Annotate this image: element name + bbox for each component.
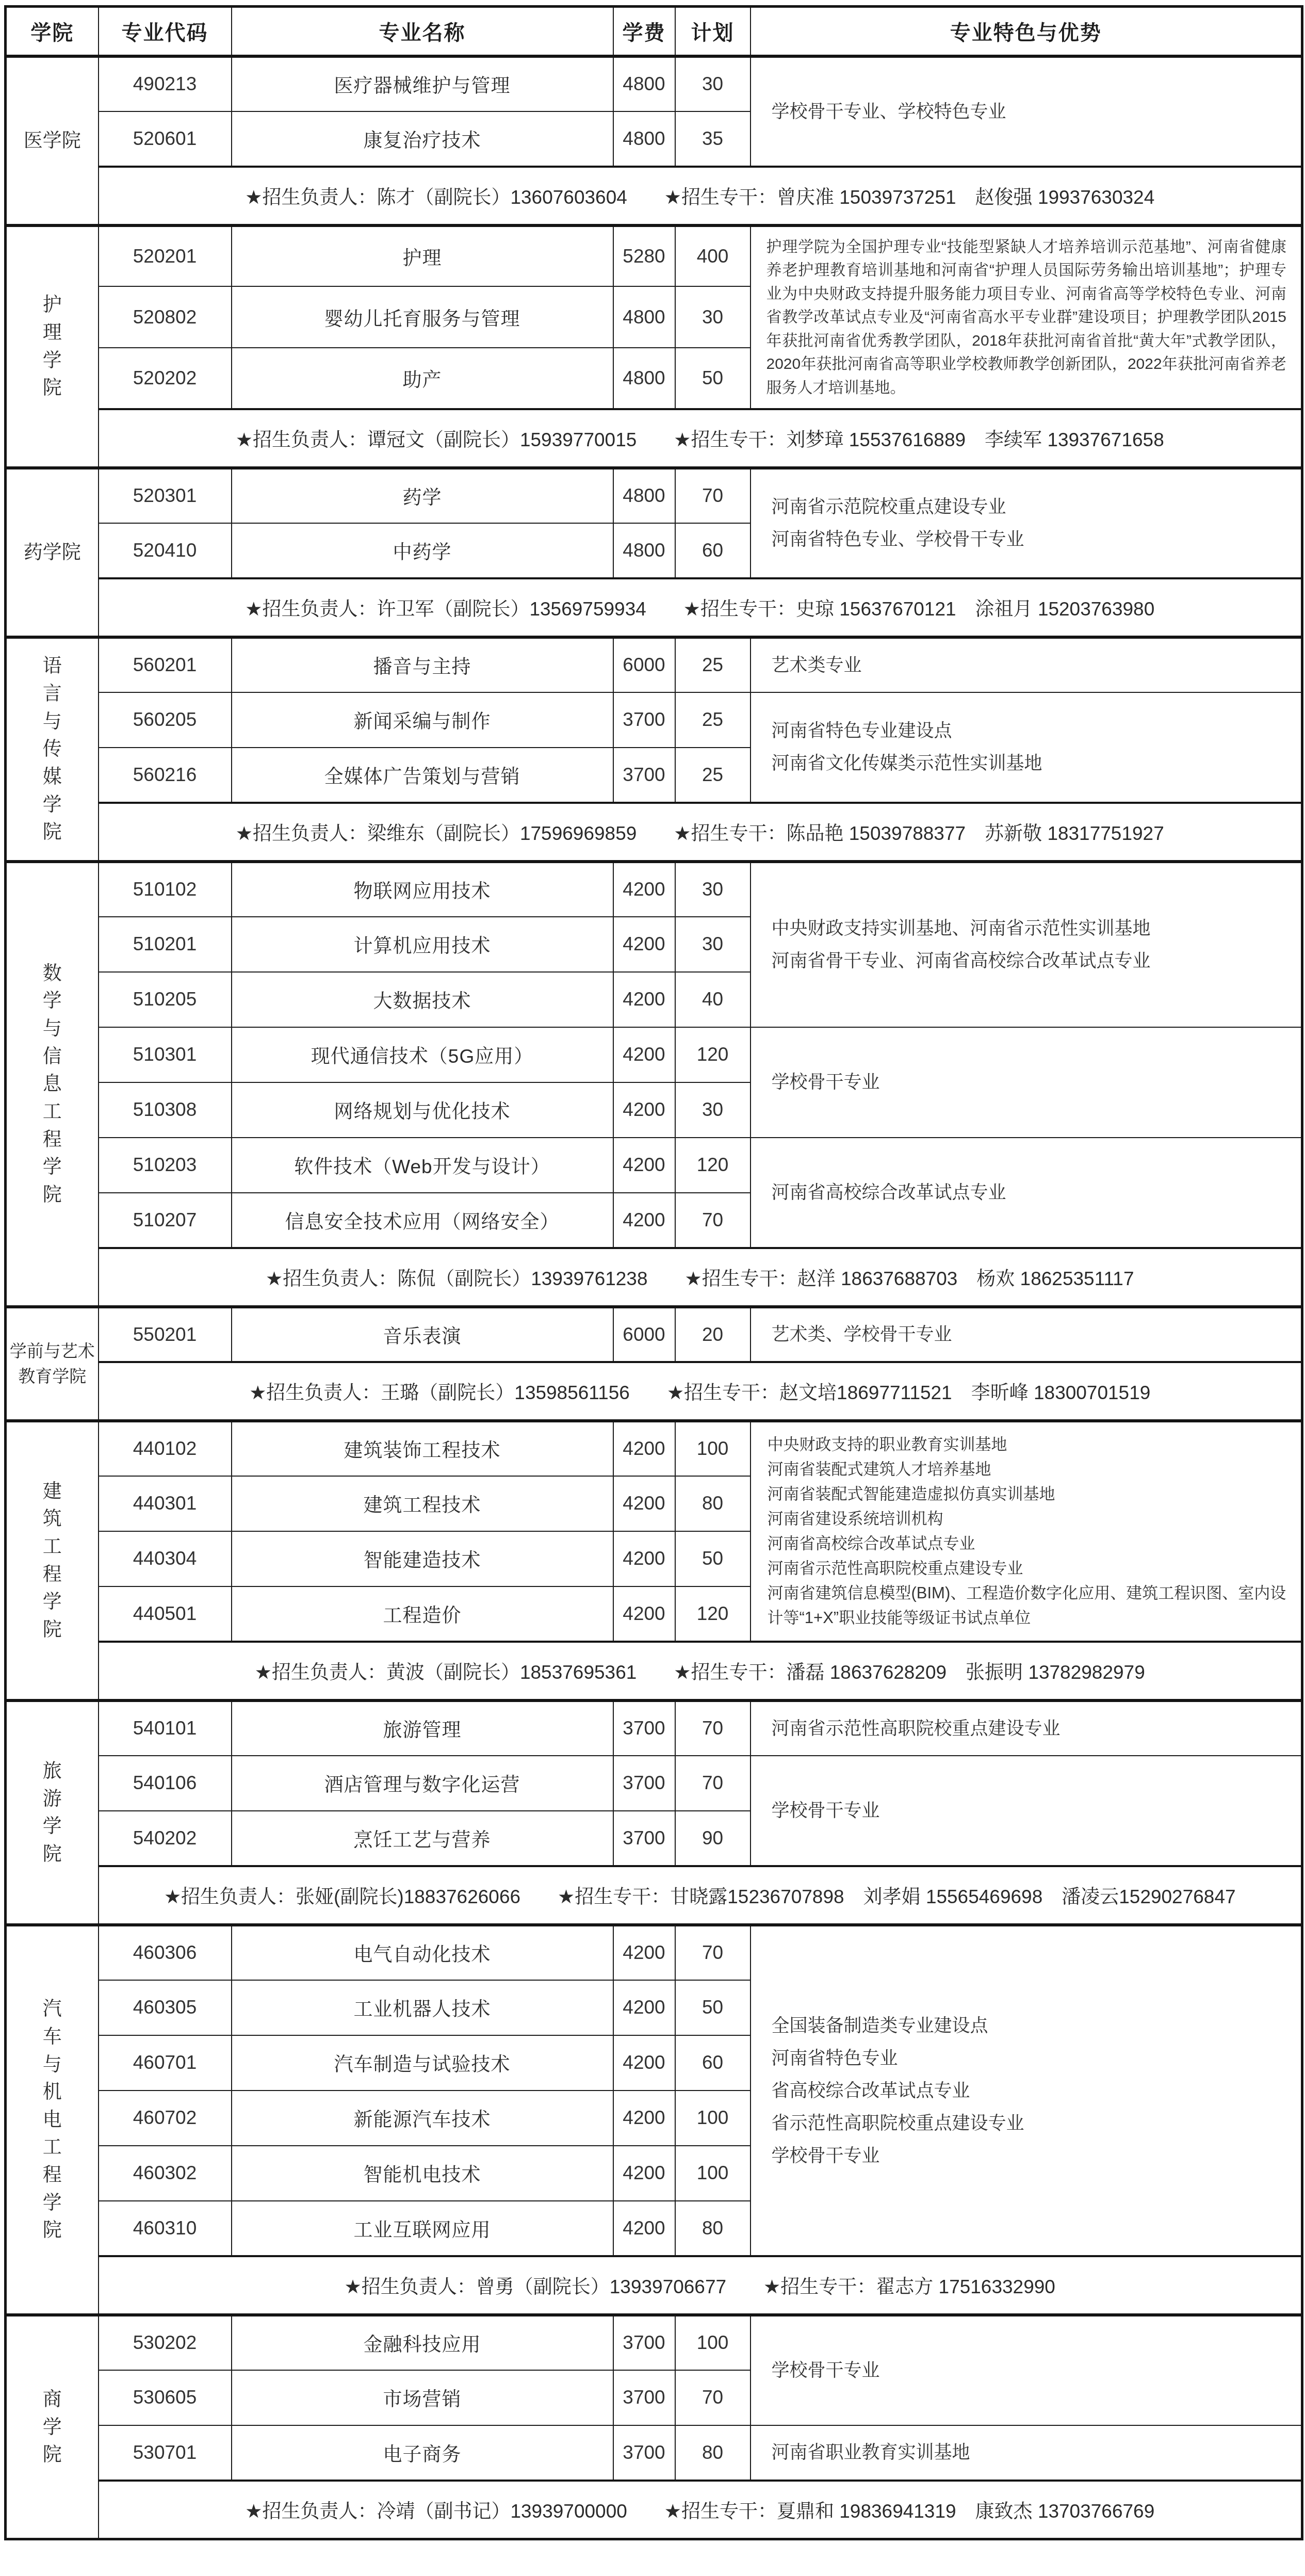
cell-code: 510205 bbox=[99, 972, 232, 1027]
column-header-2: 专业名称 bbox=[232, 7, 613, 56]
contact-officer: ★招生专干：赵文培18697711521 李昕峰 18300701519 bbox=[667, 1377, 1150, 1405]
feature-line: 河南省特色专业、学校骨干专业 bbox=[772, 523, 1289, 556]
feature-cell: 中央财政支持的职业教育实训基地河南省装配式建筑人才培养基地河南省装配式智能建造虚… bbox=[751, 1421, 1302, 1642]
cell-code: 460305 bbox=[99, 1980, 232, 2035]
cell-code: 560216 bbox=[99, 748, 232, 803]
cell-major: 建筑装饰工程技术 bbox=[232, 1421, 613, 1476]
contact-officer: ★招生专干：曾庆准 15039737251 赵俊强 19937630324 bbox=[664, 182, 1154, 209]
cell-code: 510308 bbox=[99, 1082, 232, 1138]
contact-cell: ★招生负责人：谭冠文（副院长）15939770015★招生专干：刘梦璋 1553… bbox=[99, 409, 1302, 468]
cell-major: 电气自动化技术 bbox=[232, 1925, 613, 1980]
contact-cell: ★招生负责人：陈侃（副院长）13939761238★招生专干：赵洋 186376… bbox=[99, 1248, 1302, 1307]
college-label: 商学院 bbox=[6, 2315, 99, 2539]
feature-line: 河南省骨干专业、河南省高校综合改革试点专业 bbox=[772, 945, 1289, 977]
cell-code: 540106 bbox=[99, 1756, 232, 1811]
cell-major: 音乐表演 bbox=[232, 1307, 613, 1362]
contact-line: ★招生负责人：陈才（副院长）13607603604★招生专干：曾庆准 15039… bbox=[100, 182, 1301, 209]
contact-cell: ★招生负责人：曾勇（副院长）13939706677★招生专干：翟志方 17516… bbox=[99, 2256, 1302, 2315]
cell-fee: 4800 bbox=[613, 468, 675, 523]
cell-major: 软件技术（Web开发与设计） bbox=[232, 1138, 613, 1193]
contact-row: ★招生负责人：曾勇（副院长）13939706677★招生专干：翟志方 17516… bbox=[6, 2256, 1302, 2315]
college-label: 药学院 bbox=[6, 468, 99, 637]
feature-line: 河南省文化传媒类示范性实训基地 bbox=[772, 747, 1289, 780]
contact-leader: ★招生负责人：陈侃（副院长）13939761238 bbox=[266, 1263, 648, 1291]
cell-fee: 4200 bbox=[613, 1925, 675, 1980]
cell-major: 建筑工程技术 bbox=[232, 1476, 613, 1531]
admissions-table: 学院专业代码专业名称学费计划专业特色与优势医学院490213医疗器械维护与管理4… bbox=[0, 0, 1305, 2546]
cell-plan: 400 bbox=[675, 225, 751, 287]
contact-leader: ★招生负责人：黄波（副院长）18537695361 bbox=[255, 1657, 637, 1684]
cell-plan: 60 bbox=[675, 523, 751, 578]
feature-line: 河南省装配式建筑人才培养基地 bbox=[768, 1457, 1289, 1482]
feature-line: 河南省建设系统培训机构 bbox=[768, 1506, 1289, 1531]
column-header-0: 学院 bbox=[6, 7, 99, 56]
table-row: 汽车与机电工程学院460306电气自动化技术420070全国装备制造类专业建设点… bbox=[6, 1925, 1302, 1980]
cell-fee: 3700 bbox=[613, 2315, 675, 2370]
cell-plan: 100 bbox=[675, 1421, 751, 1476]
column-header-5: 专业特色与优势 bbox=[751, 7, 1302, 56]
contact-cell: ★招生负责人：黄波（副院长）18537695361★招生专干：潘磊 186376… bbox=[99, 1642, 1302, 1700]
college-label: 医学院 bbox=[6, 56, 99, 225]
cell-code: 520201 bbox=[99, 225, 232, 287]
cell-major: 智能机电技术 bbox=[232, 2146, 613, 2201]
feature-cell: 河南省示范性高职院校重点建设专业 bbox=[751, 1700, 1302, 1756]
cell-fee: 4800 bbox=[613, 56, 675, 111]
feature-line: 全国装备制造类专业建设点 bbox=[772, 2010, 1289, 2042]
feature-line: 河南省示范性高职院校重点建设专业 bbox=[772, 1712, 1289, 1745]
feature-line: 河南省特色专业 bbox=[772, 2042, 1289, 2075]
feature-cell: 全国装备制造类专业建设点河南省特色专业省高校综合改革试点专业省示范性高职院校重点… bbox=[751, 1925, 1302, 2256]
cell-major: 中药学 bbox=[232, 523, 613, 578]
cell-plan: 90 bbox=[675, 1811, 751, 1866]
cell-code: 510207 bbox=[99, 1193, 232, 1248]
table-row: 数学与信息工程学院510102物联网应用技术420030中央财政支持实训基地、河… bbox=[6, 862, 1302, 917]
cell-major: 智能建造技术 bbox=[232, 1531, 613, 1586]
cell-code: 520802 bbox=[99, 286, 232, 348]
cell-plan: 20 bbox=[675, 1307, 751, 1362]
cell-code: 540101 bbox=[99, 1700, 232, 1756]
table-row: 建筑工程学院440102建筑装饰工程技术4200100中央财政支持的职业教育实训… bbox=[6, 1421, 1302, 1476]
cell-major: 旅游管理 bbox=[232, 1700, 613, 1756]
cell-plan: 70 bbox=[675, 2370, 751, 2425]
college-label: 旅游学院 bbox=[6, 1700, 99, 1925]
cell-major: 护理 bbox=[232, 225, 613, 287]
contact-cell: ★招生负责人：张娅(副院长)18837626066★招生专干：甘晓露152367… bbox=[99, 1866, 1302, 1925]
cell-fee: 4200 bbox=[613, 1476, 675, 1531]
majors-table: 学院专业代码专业名称学费计划专业特色与优势医学院490213医疗器械维护与管理4… bbox=[4, 5, 1303, 2540]
cell-fee: 3700 bbox=[613, 2370, 675, 2425]
contact-row: ★招生负责人：许卫军（副院长）13569759934★招生专干：史琼 15637… bbox=[6, 578, 1302, 637]
cell-code: 560205 bbox=[99, 692, 232, 748]
cell-major: 工业机器人技术 bbox=[232, 1980, 613, 2035]
cell-plan: 120 bbox=[675, 1586, 751, 1642]
feature-line: 河南省职业教育实训基地 bbox=[772, 2436, 1289, 2469]
cell-code: 510301 bbox=[99, 1027, 232, 1082]
contact-officer: ★招生专干：赵洋 18637688703 杨欢 18625351117 bbox=[685, 1263, 1134, 1291]
feature-line: 中央财政支持实训基地、河南省示范性实训基地 bbox=[772, 912, 1289, 945]
cell-fee: 3700 bbox=[613, 1700, 675, 1756]
feature-line: 学校骨干专业 bbox=[772, 2354, 1289, 2387]
cell-major: 计算机应用技术 bbox=[232, 917, 613, 972]
cell-plan: 40 bbox=[675, 972, 751, 1027]
college-label: 汽车与机电工程学院 bbox=[6, 1925, 99, 2315]
feature-line: 学校骨干专业 bbox=[772, 1066, 1289, 1098]
feature-line: 艺术类、学校骨干专业 bbox=[772, 1318, 1289, 1351]
feature-cell: 护理学院为全国护理专业“技能型紧缺人才培养培训示范基地”、河南省健康养老护理教育… bbox=[751, 225, 1302, 409]
cell-major: 助产 bbox=[232, 348, 613, 409]
table-row: 药学院520301药学480070河南省示范院校重点建设专业河南省特色专业、学校… bbox=[6, 468, 1302, 523]
cell-major: 网络规划与优化技术 bbox=[232, 1082, 613, 1138]
cell-plan: 50 bbox=[675, 348, 751, 409]
cell-code: 520410 bbox=[99, 523, 232, 578]
table-row: 医学院490213医疗器械维护与管理480030学校骨干专业、学校特色专业 bbox=[6, 56, 1302, 111]
cell-plan: 80 bbox=[675, 1476, 751, 1531]
feature-line: 艺术类专业 bbox=[772, 649, 1289, 682]
cell-code: 440102 bbox=[99, 1421, 232, 1476]
contact-officer: ★招生专干：夏鼎和 19836941319 康致杰 13703766769 bbox=[664, 2496, 1154, 2523]
cell-plan: 30 bbox=[675, 1082, 751, 1138]
cell-major: 物联网应用技术 bbox=[232, 862, 613, 917]
contact-cell: ★招生负责人：王璐（副院长）13598561156★招生专干：赵文培186977… bbox=[99, 1362, 1302, 1421]
feature-line: 河南省特色专业建设点 bbox=[772, 715, 1289, 747]
cell-fee: 6000 bbox=[613, 1307, 675, 1362]
contact-leader: ★招生负责人：梁维东（副院长）17596969859 bbox=[236, 818, 637, 846]
table-row: 530701电子商务370080河南省职业教育实训基地 bbox=[6, 2425, 1302, 2481]
cell-code: 440501 bbox=[99, 1586, 232, 1642]
contact-row: ★招生负责人：黄波（副院长）18537695361★招生专干：潘磊 186376… bbox=[6, 1642, 1302, 1700]
contact-leader: ★招生负责人：许卫军（副院长）13569759934 bbox=[245, 593, 646, 621]
cell-plan: 25 bbox=[675, 748, 751, 803]
cell-plan: 30 bbox=[675, 286, 751, 348]
contact-leader: ★招生负责人：陈才（副院长）13607603604 bbox=[245, 182, 627, 209]
cell-fee: 4200 bbox=[613, 1531, 675, 1586]
feature-line: 河南省建筑信息模型(BIM)、工程造价数字化应用、建筑工程识图、室内设计等“1+… bbox=[768, 1581, 1289, 1630]
cell-plan: 80 bbox=[675, 2201, 751, 2256]
feature-cell: 河南省职业教育实训基地 bbox=[751, 2425, 1302, 2481]
feature-line: 河南省示范院校重点建设专业 bbox=[772, 491, 1289, 523]
cell-code: 510102 bbox=[99, 862, 232, 917]
contact-line: ★招生负责人：张娅(副院长)18837626066★招生专干：甘晓露152367… bbox=[100, 1881, 1301, 1909]
contact-leader: ★招生负责人：谭冠文（副院长）15939770015 bbox=[236, 424, 637, 452]
feature-line: 中央财政支持的职业教育实训基地 bbox=[768, 1432, 1289, 1457]
contact-line: ★招生负责人：谭冠文（副院长）15939770015★招生专干：刘梦璋 1553… bbox=[100, 424, 1301, 452]
feature-cell: 河南省特色专业建设点河南省文化传媒类示范性实训基地 bbox=[751, 692, 1302, 803]
cell-code: 540202 bbox=[99, 1811, 232, 1866]
cell-code: 560201 bbox=[99, 637, 232, 692]
cell-code: 440301 bbox=[99, 1476, 232, 1531]
cell-fee: 4800 bbox=[613, 286, 675, 348]
cell-major: 新能源汽车技术 bbox=[232, 2091, 613, 2146]
cell-code: 550201 bbox=[99, 1307, 232, 1362]
feature-line: 河南省示范性高职院校重点建设专业 bbox=[768, 1556, 1289, 1581]
table-body: 学院专业代码专业名称学费计划专业特色与优势医学院490213医疗器械维护与管理4… bbox=[6, 7, 1302, 2539]
feature-cell: 学校骨干专业 bbox=[751, 2315, 1302, 2425]
cell-major: 工业互联网应用 bbox=[232, 2201, 613, 2256]
cell-fee: 6000 bbox=[613, 637, 675, 692]
feature-cell: 中央财政支持实训基地、河南省示范性实训基地河南省骨干专业、河南省高校综合改革试点… bbox=[751, 862, 1302, 1027]
contact-line: ★招生负责人：黄波（副院长）18537695361★招生专干：潘磊 186376… bbox=[100, 1657, 1301, 1684]
cell-major: 婴幼儿托育服务与管理 bbox=[232, 286, 613, 348]
cell-plan: 60 bbox=[675, 2035, 751, 2091]
cell-code: 530605 bbox=[99, 2370, 232, 2425]
cell-fee: 3700 bbox=[613, 748, 675, 803]
contact-officer: ★招生专干：潘磊 18637628209 张振明 13782982979 bbox=[674, 1657, 1145, 1684]
cell-plan: 30 bbox=[675, 917, 751, 972]
cell-fee: 4800 bbox=[613, 111, 675, 167]
feature-cell: 学校骨干专业 bbox=[751, 1756, 1302, 1866]
feature-line: 护理学院为全国护理专业“技能型紧缺人才培养培训示范基地”、河南省健康养老护理教育… bbox=[766, 235, 1287, 400]
feature-line: 河南省装配式智能建造虚拟仿真实训基地 bbox=[768, 1482, 1289, 1506]
cell-code: 510203 bbox=[99, 1138, 232, 1193]
cell-fee: 3700 bbox=[613, 1756, 675, 1811]
cell-fee: 4200 bbox=[613, 2201, 675, 2256]
cell-code: 460306 bbox=[99, 1925, 232, 1980]
contact-leader: ★招生负责人：王璐（副院长）13598561156 bbox=[249, 1377, 630, 1405]
feature-line: 省高校综合改革试点专业 bbox=[772, 2075, 1289, 2107]
cell-code: 520601 bbox=[99, 111, 232, 167]
cell-code: 440304 bbox=[99, 1531, 232, 1586]
cell-code: 530701 bbox=[99, 2425, 232, 2481]
cell-major: 信息安全技术应用（网络安全） bbox=[232, 1193, 613, 1248]
cell-plan: 100 bbox=[675, 2091, 751, 2146]
feature-cell: 学校骨干专业、学校特色专业 bbox=[751, 56, 1302, 167]
cell-plan: 50 bbox=[675, 1531, 751, 1586]
cell-plan: 25 bbox=[675, 637, 751, 692]
feature-cell: 河南省示范院校重点建设专业河南省特色专业、学校骨干专业 bbox=[751, 468, 1302, 578]
contact-line: ★招生负责人：陈侃（副院长）13939761238★招生专干：赵洋 186376… bbox=[100, 1263, 1301, 1291]
cell-major: 大数据技术 bbox=[232, 972, 613, 1027]
feature-line: 省示范性高职院校重点建设专业 bbox=[772, 2107, 1289, 2140]
cell-major: 工程造价 bbox=[232, 1586, 613, 1642]
cell-plan: 80 bbox=[675, 2425, 751, 2481]
cell-major: 汽车制造与试验技术 bbox=[232, 2035, 613, 2091]
contact-cell: ★招生负责人：陈才（副院长）13607603604★招生专干：曾庆准 15039… bbox=[99, 167, 1302, 225]
feature-cell: 艺术类、学校骨干专业 bbox=[751, 1307, 1302, 1362]
cell-major: 电子商务 bbox=[232, 2425, 613, 2481]
cell-fee: 4200 bbox=[613, 1980, 675, 2035]
cell-code: 510201 bbox=[99, 917, 232, 972]
cell-fee: 4200 bbox=[613, 862, 675, 917]
cell-plan: 35 bbox=[675, 111, 751, 167]
cell-major: 播音与主持 bbox=[232, 637, 613, 692]
cell-major: 医疗器械维护与管理 bbox=[232, 56, 613, 111]
contact-row: ★招生负责人：陈才（副院长）13607603604★招生专干：曾庆准 15039… bbox=[6, 167, 1302, 225]
contact-officer: ★招生专干：史琼 15637670121 涂祖月 15203763980 bbox=[683, 593, 1154, 621]
cell-fee: 4200 bbox=[613, 1027, 675, 1082]
cell-fee: 4800 bbox=[613, 523, 675, 578]
cell-plan: 25 bbox=[675, 692, 751, 748]
feature-line: 河南省高校综合改革试点专业 bbox=[768, 1531, 1289, 1556]
feature-cell: 艺术类专业 bbox=[751, 637, 1302, 692]
header-row: 学院专业代码专业名称学费计划专业特色与优势 bbox=[6, 7, 1302, 56]
column-header-4: 计划 bbox=[675, 7, 751, 56]
contact-officer: ★招生专干：甘晓露15236707898 刘孝娟 15565469698 潘凌云… bbox=[558, 1881, 1236, 1909]
cell-fee: 4200 bbox=[613, 2035, 675, 2091]
cell-code: 460702 bbox=[99, 2091, 232, 2146]
cell-fee: 4200 bbox=[613, 1138, 675, 1193]
cell-code: 530202 bbox=[99, 2315, 232, 2370]
college-label: 护理学院 bbox=[6, 225, 99, 468]
college-label: 数学与信息工程学院 bbox=[6, 862, 99, 1307]
cell-code: 520301 bbox=[99, 468, 232, 523]
contact-leader: ★招生负责人：张娅(副院长)18837626066 bbox=[164, 1881, 520, 1909]
contact-leader: ★招生负责人：曾勇（副院长）13939706677 bbox=[345, 2271, 727, 2299]
cell-plan: 100 bbox=[675, 2146, 751, 2201]
cell-fee: 4200 bbox=[613, 917, 675, 972]
cell-fee: 4800 bbox=[613, 348, 675, 409]
contact-line: ★招生负责人：梁维东（副院长）17596969859★招生专干：陈品艳 1503… bbox=[100, 818, 1301, 846]
contact-cell: ★招生负责人：冷靖（副书记）13939700000★招生专干：夏鼎和 19836… bbox=[99, 2481, 1302, 2539]
contact-line: ★招生负责人：许卫军（副院长）13569759934★招生专干：史琼 15637… bbox=[100, 593, 1301, 621]
cell-fee: 4200 bbox=[613, 1082, 675, 1138]
table-row: 语言与传媒学院560201播音与主持600025艺术类专业 bbox=[6, 637, 1302, 692]
cell-plan: 120 bbox=[675, 1138, 751, 1193]
contact-officer: ★招生专干：刘梦璋 15537616889 李续军 13937671658 bbox=[674, 424, 1164, 452]
cell-major: 康复治疗技术 bbox=[232, 111, 613, 167]
contact-officer: ★招生专干：陈品艳 15039788377 苏新敬 18317751927 bbox=[674, 818, 1164, 846]
cell-major: 金融科技应用 bbox=[232, 2315, 613, 2370]
table-row: 旅游学院540101旅游管理370070河南省示范性高职院校重点建设专业 bbox=[6, 1700, 1302, 1756]
cell-plan: 30 bbox=[675, 862, 751, 917]
table-row: 560205新闻采编与制作370025河南省特色专业建设点河南省文化传媒类示范性… bbox=[6, 692, 1302, 748]
college-label: 语言与传媒学院 bbox=[6, 637, 99, 862]
contact-cell: ★招生负责人：梁维东（副院长）17596969859★招生专干：陈品艳 1503… bbox=[99, 803, 1302, 862]
contact-row: ★招生负责人：张娅(副院长)18837626066★招生专干：甘晓露152367… bbox=[6, 1866, 1302, 1925]
contact-row: ★招生负责人：冷靖（副书记）13939700000★招生专干：夏鼎和 19836… bbox=[6, 2481, 1302, 2539]
cell-plan: 100 bbox=[675, 2315, 751, 2370]
cell-major: 烹饪工艺与营养 bbox=[232, 1811, 613, 1866]
contact-line: ★招生负责人：冷靖（副书记）13939700000★招生专干：夏鼎和 19836… bbox=[100, 2496, 1301, 2523]
cell-fee: 3700 bbox=[613, 2425, 675, 2481]
contact-row: ★招生负责人：梁维东（副院长）17596969859★招生专干：陈品艳 1503… bbox=[6, 803, 1302, 862]
cell-fee: 4200 bbox=[613, 2091, 675, 2146]
contact-line: ★招生负责人：曾勇（副院长）13939706677★招生专干：翟志方 17516… bbox=[100, 2271, 1301, 2299]
cell-fee: 5280 bbox=[613, 225, 675, 287]
feature-line: 河南省高校综合改革试点专业 bbox=[772, 1176, 1289, 1209]
table-row: 护理学院520201护理5280400护理学院为全国护理专业“技能型紧缺人才培养… bbox=[6, 225, 1302, 287]
cell-code: 460302 bbox=[99, 2146, 232, 2201]
cell-plan: 70 bbox=[675, 1756, 751, 1811]
feature-line: 学校骨干专业、学校特色专业 bbox=[772, 95, 1289, 128]
contact-row: ★招生负责人：王璐（副院长）13598561156★招生专干：赵文培186977… bbox=[6, 1362, 1302, 1421]
college-label: 学前与艺术教育学院 bbox=[6, 1307, 99, 1421]
cell-major: 药学 bbox=[232, 468, 613, 523]
cell-fee: 3700 bbox=[613, 692, 675, 748]
cell-major: 全媒体广告策划与营销 bbox=[232, 748, 613, 803]
contact-cell: ★招生负责人：许卫军（副院长）13569759934★招生专干：史琼 15637… bbox=[99, 578, 1302, 637]
contact-leader: ★招生负责人：冷靖（副书记）13939700000 bbox=[245, 2496, 627, 2523]
cell-major: 现代通信技术（5G应用） bbox=[232, 1027, 613, 1082]
cell-code: 460701 bbox=[99, 2035, 232, 2091]
feature-line: 学校骨干专业 bbox=[772, 1794, 1289, 1827]
table-row: 510301现代通信技术（5G应用）4200120学校骨干专业 bbox=[6, 1027, 1302, 1082]
contact-row: ★招生负责人：陈侃（副院长）13939761238★招生专干：赵洋 186376… bbox=[6, 1248, 1302, 1307]
cell-code: 490213 bbox=[99, 56, 232, 111]
contact-row: ★招生负责人：谭冠文（副院长）15939770015★招生专干：刘梦璋 1553… bbox=[6, 409, 1302, 468]
contact-officer: ★招生专干：翟志方 17516332990 bbox=[763, 2271, 1055, 2299]
cell-code: 520202 bbox=[99, 348, 232, 409]
cell-fee: 4200 bbox=[613, 2146, 675, 2201]
cell-plan: 50 bbox=[675, 1980, 751, 2035]
table-row: 学前与艺术教育学院550201音乐表演600020艺术类、学校骨干专业 bbox=[6, 1307, 1302, 1362]
column-header-3: 学费 bbox=[613, 7, 675, 56]
cell-plan: 70 bbox=[675, 1700, 751, 1756]
cell-fee: 4200 bbox=[613, 1193, 675, 1248]
college-label: 建筑工程学院 bbox=[6, 1421, 99, 1700]
cell-plan: 30 bbox=[675, 56, 751, 111]
table-row: 510203软件技术（Web开发与设计）4200120河南省高校综合改革试点专业 bbox=[6, 1138, 1302, 1193]
cell-fee: 4200 bbox=[613, 1586, 675, 1642]
cell-code: 460310 bbox=[99, 2201, 232, 2256]
cell-plan: 70 bbox=[675, 468, 751, 523]
cell-plan: 70 bbox=[675, 1193, 751, 1248]
cell-fee: 3700 bbox=[613, 1811, 675, 1866]
cell-major: 酒店管理与数字化运营 bbox=[232, 1756, 613, 1811]
cell-plan: 70 bbox=[675, 1925, 751, 1980]
column-header-1: 专业代码 bbox=[99, 7, 232, 56]
contact-line: ★招生负责人：王璐（副院长）13598561156★招生专干：赵文培186977… bbox=[100, 1377, 1301, 1405]
feature-line: 学校骨干专业 bbox=[772, 2140, 1289, 2172]
cell-major: 新闻采编与制作 bbox=[232, 692, 613, 748]
cell-fee: 4200 bbox=[613, 972, 675, 1027]
feature-cell: 河南省高校综合改革试点专业 bbox=[751, 1138, 1302, 1248]
cell-major: 市场营销 bbox=[232, 2370, 613, 2425]
feature-cell: 学校骨干专业 bbox=[751, 1027, 1302, 1138]
table-row: 540106酒店管理与数字化运营370070学校骨干专业 bbox=[6, 1756, 1302, 1811]
table-row: 商学院530202金融科技应用3700100学校骨干专业 bbox=[6, 2315, 1302, 2370]
cell-fee: 4200 bbox=[613, 1421, 675, 1476]
cell-plan: 120 bbox=[675, 1027, 751, 1082]
